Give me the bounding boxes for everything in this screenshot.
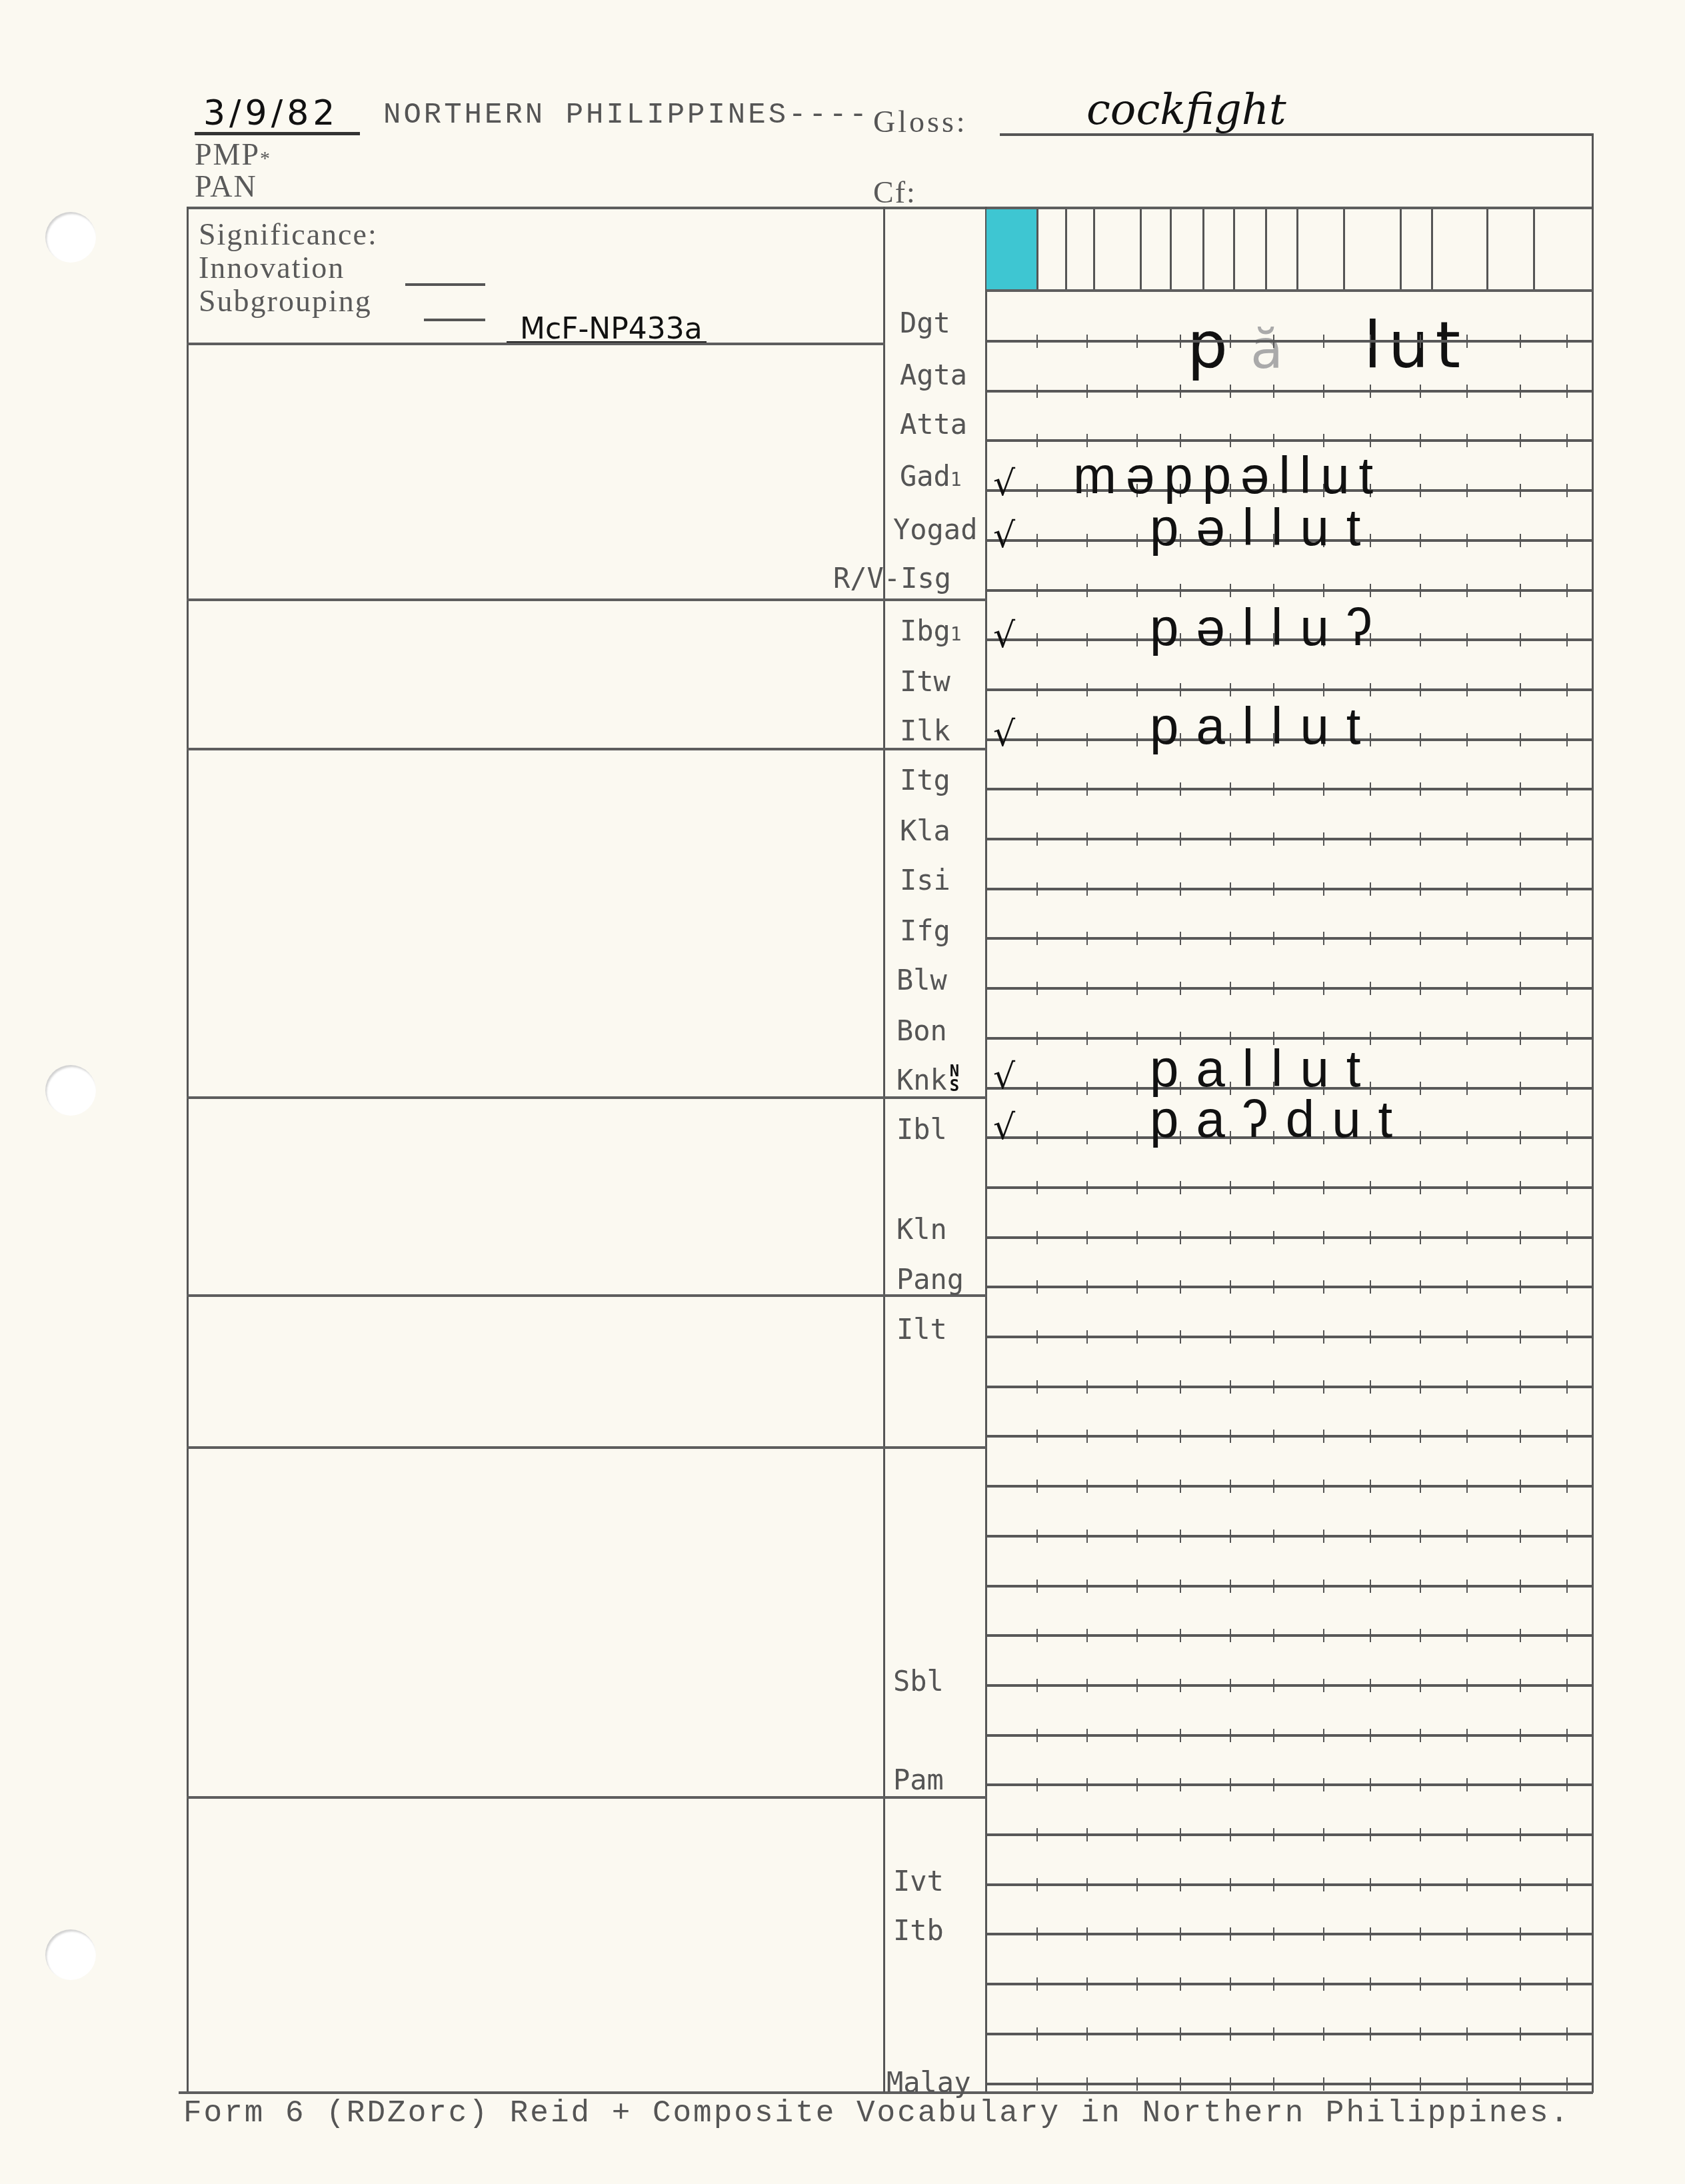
grid-tick — [1566, 832, 1568, 846]
grid-tick — [1230, 1530, 1231, 1543]
pmp-label: PMP* — [195, 137, 271, 172]
grid-tick — [1566, 584, 1568, 597]
grid-line — [986, 788, 1593, 790]
grid-tick — [1520, 932, 1521, 945]
cell-divider — [1036, 209, 1038, 291]
grid-tick — [1136, 832, 1138, 846]
grid-tick — [1370, 1878, 1371, 1891]
lang-gad-sub: 1 — [950, 469, 962, 491]
grid-tick — [1520, 1679, 1521, 1692]
grid-tick — [1323, 1778, 1324, 1791]
innovation-label: Innovation — [199, 250, 345, 285]
grid-tick — [1370, 932, 1371, 945]
grid-tick — [1420, 335, 1421, 348]
grid-tick — [1136, 1580, 1138, 1593]
subgrouping-label: Subgrouping — [199, 283, 372, 319]
grid-tick — [1136, 1828, 1138, 1841]
grid-tick — [1566, 683, 1568, 696]
grid-tick — [1036, 1927, 1038, 1941]
grid-tick — [1420, 1679, 1421, 1692]
grid-tick — [1180, 385, 1181, 398]
form-yogad: pəllut — [1150, 497, 1378, 558]
grid-tick — [1323, 1181, 1324, 1194]
grid-tick — [1086, 1729, 1088, 1742]
grid-tick — [1273, 1977, 1274, 1991]
lang-kla: Kla — [900, 814, 950, 847]
lang-knk-ns: NS — [950, 1064, 959, 1093]
grid-tick — [1566, 1380, 1568, 1394]
grid-tick — [1230, 1430, 1231, 1443]
grid-tick — [1086, 1032, 1088, 1045]
grid-tick — [1420, 982, 1421, 995]
lang-bon: Bon — [896, 1014, 947, 1047]
grid-tick — [1136, 1181, 1138, 1194]
lang-yogad: Yogad — [893, 513, 977, 546]
grid-tick — [1566, 882, 1568, 896]
lang-ifg: Ifg — [900, 914, 950, 947]
grid-tick — [1420, 1977, 1421, 1991]
grid-tick — [1230, 2027, 1231, 2041]
form-ibg: pəlluʔ — [1150, 597, 1390, 658]
cell-divider — [1533, 209, 1535, 291]
grid-tick — [1420, 683, 1421, 696]
lang-ibl: Ibl — [896, 1113, 947, 1146]
grid-tick — [1036, 1878, 1038, 1891]
grid-tick — [1230, 1231, 1231, 1244]
grid-tick — [1466, 1580, 1468, 1593]
grid-tick — [1520, 1430, 1521, 1443]
grid-tick — [1466, 1280, 1468, 1294]
grid-tick — [1466, 882, 1468, 896]
grid-tick — [1323, 1231, 1324, 1244]
grid-tick — [1086, 1878, 1088, 1891]
grid-tick — [1370, 1977, 1371, 1991]
grid-tick — [1273, 584, 1274, 597]
grid-tick — [1323, 932, 1324, 945]
recon-lut: lut — [1364, 308, 1467, 383]
grid-tick — [1370, 1181, 1371, 1194]
grid-tick — [1136, 1679, 1138, 1692]
grid-tick — [1566, 434, 1568, 447]
grid-tick — [1086, 932, 1088, 945]
grid-line — [986, 1286, 1593, 1288]
grid-tick — [1273, 1927, 1274, 1941]
grid-line — [986, 439, 1593, 442]
date-underline — [195, 132, 360, 135]
grid-tick — [1086, 882, 1088, 896]
grid-tick — [1420, 2077, 1421, 2091]
grid-tick — [1136, 1878, 1138, 1891]
grid-tick — [1036, 932, 1038, 945]
grid-tick — [1466, 1430, 1468, 1443]
lang-gad-text: Gad — [900, 460, 950, 493]
form-ilk: pallut — [1150, 696, 1378, 756]
grid-tick — [1520, 832, 1521, 846]
grid-tick — [1566, 1181, 1568, 1194]
grid-tick — [1230, 1878, 1231, 1891]
grid-line — [986, 1386, 1593, 1388]
grid-tick — [1180, 1231, 1181, 1244]
grid-tick — [1036, 1828, 1038, 1841]
grid-tick — [1230, 1828, 1231, 1841]
grid-tick — [1520, 1330, 1521, 1344]
grid-tick — [1420, 1330, 1421, 1344]
grid-tick — [1230, 1580, 1231, 1593]
grid-tick — [1086, 1828, 1088, 1841]
grid-tick — [1273, 335, 1274, 348]
grid-tick — [1520, 1977, 1521, 1991]
grid-tick — [1230, 832, 1231, 846]
grid-tick — [1466, 1530, 1468, 1543]
entry-ilk: √ pallut — [993, 710, 1586, 757]
grid-tick — [1086, 1231, 1088, 1244]
grid-tick — [1036, 1679, 1038, 1692]
grid-tick — [1370, 683, 1371, 696]
grid-tick — [1180, 932, 1181, 945]
grid-line — [986, 1883, 1593, 1886]
grid-tick — [1370, 1629, 1371, 1642]
grid-tick — [1420, 882, 1421, 896]
check-yogad: √ — [993, 516, 1015, 556]
grid-tick — [1230, 1480, 1231, 1493]
recon-a-breve: ă — [1250, 318, 1364, 380]
grid-line — [986, 1983, 1593, 1985]
grid-tick — [1520, 2077, 1521, 2091]
grid-tick — [1566, 1729, 1568, 1742]
lang-ibg: Ibg1 — [900, 614, 962, 647]
grid-tick — [1520, 1380, 1521, 1394]
grid-tick — [1230, 782, 1231, 796]
grid-tick — [1566, 1330, 1568, 1344]
grid-tick — [1180, 1828, 1181, 1841]
grid-tick — [1230, 584, 1231, 597]
grid-tick — [1323, 782, 1324, 796]
grid-tick — [1230, 1280, 1231, 1294]
grid-tick — [1420, 1280, 1421, 1294]
grid-tick — [1323, 1480, 1324, 1493]
grid-tick — [1466, 1629, 1468, 1642]
grid-tick — [1323, 683, 1324, 696]
grid-line — [986, 1485, 1593, 1488]
grid-tick — [1420, 1032, 1421, 1045]
grid-line — [986, 1684, 1593, 1687]
grid-tick — [1420, 1530, 1421, 1543]
grid-tick — [1466, 584, 1468, 597]
section-divider-1 — [187, 343, 885, 345]
grid-tick — [1420, 932, 1421, 945]
grid-tick — [1180, 1679, 1181, 1692]
grid-tick — [1086, 1580, 1088, 1593]
grid-tick — [1230, 1729, 1231, 1742]
grid-tick — [1466, 1927, 1468, 1941]
grid-line — [986, 1734, 1593, 1737]
grid-tick — [1420, 1729, 1421, 1742]
grid-tick — [1036, 1977, 1038, 1991]
section-divider-6 — [187, 1446, 986, 1449]
grid-line — [986, 1236, 1593, 1239]
entry-ibg: √ pəlluʔ — [993, 612, 1586, 658]
reconstruction-form: pălut — [1141, 233, 1467, 383]
grid-tick — [1273, 1878, 1274, 1891]
grid-tick — [1086, 683, 1088, 696]
grid-tick — [1370, 1430, 1371, 1443]
grid-tick — [1466, 1032, 1468, 1045]
lang-atta: Atta — [900, 408, 967, 441]
grid-tick — [1420, 832, 1421, 846]
grid-tick — [1370, 782, 1371, 796]
check-ibl: √ — [993, 1108, 1015, 1148]
grid-tick — [1370, 1679, 1371, 1692]
lang-dgt: Dgt — [900, 307, 950, 339]
grid-tick — [1466, 1181, 1468, 1194]
grid-tick — [1466, 1729, 1468, 1742]
grid-tick — [1520, 1032, 1521, 1045]
grid-tick — [1036, 832, 1038, 846]
grid-tick — [1466, 1480, 1468, 1493]
grid-tick — [1086, 1380, 1088, 1394]
grid-tick — [1036, 584, 1038, 597]
grid-tick — [1323, 1828, 1324, 1841]
cf-label: Cf: — [873, 175, 916, 210]
grid-tick — [1566, 1530, 1568, 1543]
grid-tick — [1520, 1878, 1521, 1891]
grid-tick — [1520, 584, 1521, 597]
grid-tick — [1566, 1778, 1568, 1791]
grid-tick — [1420, 1580, 1421, 1593]
grid-tick — [1136, 1330, 1138, 1344]
grid-tick — [1273, 1480, 1274, 1493]
grid-tick — [1230, 1927, 1231, 1941]
grid-tick — [1323, 1330, 1324, 1344]
grid-tick — [1323, 1977, 1324, 1991]
lang-itw: Itw — [900, 665, 950, 698]
grid-tick — [1086, 1778, 1088, 1791]
grid-line — [986, 987, 1593, 990]
grid-tick — [1136, 1729, 1138, 1742]
grid-tick — [1180, 1977, 1181, 1991]
grid-tick — [1136, 335, 1138, 348]
grid-tick — [1370, 584, 1371, 597]
grid-line — [986, 589, 1593, 592]
grid-tick — [1520, 1280, 1521, 1294]
grid-tick — [1466, 1878, 1468, 1891]
grid-tick — [1566, 1828, 1568, 1841]
grid-tick — [1180, 1927, 1181, 1941]
grid-line — [986, 1186, 1593, 1189]
grid-tick — [1036, 1181, 1038, 1194]
lang-gad: Gad1 — [900, 460, 962, 493]
form-ibl: paʔdut — [1150, 1089, 1410, 1150]
grid-tick — [1036, 1330, 1038, 1344]
grid-tick — [1566, 1480, 1568, 1493]
check-ibg: √ — [993, 616, 1015, 656]
grid-tick — [1136, 882, 1138, 896]
grid-tick — [1273, 1330, 1274, 1344]
grid-tick — [1086, 1679, 1088, 1692]
grid-tick — [1136, 683, 1138, 696]
grid-tick — [1420, 385, 1421, 398]
grid-tick — [1520, 1729, 1521, 1742]
lang-ibg-text: Ibg — [900, 614, 950, 647]
pmp-text: PMP — [195, 137, 260, 171]
grid-tick — [1323, 584, 1324, 597]
grid-tick — [1370, 2027, 1371, 2041]
grid-tick — [1520, 1927, 1521, 1941]
grid-tick — [1323, 2077, 1324, 2091]
grid-tick — [1323, 2027, 1324, 2041]
grid-tick — [1036, 882, 1038, 896]
grid-tick — [1086, 1927, 1088, 1941]
grid-tick — [1086, 782, 1088, 796]
gloss-value: cockfight — [1086, 85, 1286, 135]
grid-tick — [1086, 2077, 1088, 2091]
grid-tick — [1420, 434, 1421, 447]
grid-tick — [1273, 1530, 1274, 1543]
grid-tick — [1230, 932, 1231, 945]
grid-tick — [1566, 2027, 1568, 2041]
grid-tick — [1036, 1729, 1038, 1742]
lang-knk: KnkNS — [896, 1064, 959, 1096]
grid-tick — [1180, 1530, 1181, 1543]
grid-tick — [1520, 1629, 1521, 1642]
grid-tick — [1180, 1330, 1181, 1344]
grid-tick — [1230, 1330, 1231, 1344]
lang-ilt: Ilt — [896, 1313, 947, 1346]
grid-tick — [1230, 982, 1231, 995]
section-divider-2 — [187, 598, 986, 601]
grid-tick — [1520, 1580, 1521, 1593]
lang-isg: R/V-Isg — [833, 562, 951, 594]
label-column-left — [883, 207, 885, 2093]
grid-tick — [1370, 1828, 1371, 1841]
grid-tick — [1230, 1679, 1231, 1692]
grid-line — [986, 1833, 1593, 1836]
grid-tick — [1230, 683, 1231, 696]
grid-tick — [1036, 1580, 1038, 1593]
grid-tick — [1566, 1927, 1568, 1941]
grid-tick — [1086, 1430, 1088, 1443]
grid-tick — [1420, 584, 1421, 597]
grid-tick — [1323, 1729, 1324, 1742]
grid-tick — [1273, 1380, 1274, 1394]
grid-tick — [1370, 1231, 1371, 1244]
grid-tick — [1420, 1927, 1421, 1941]
lang-malay: Malay — [886, 2066, 970, 2099]
grid-tick — [1466, 1231, 1468, 1244]
check-gad: √ — [993, 464, 1015, 504]
grid-line — [986, 888, 1593, 890]
grid-tick — [1466, 1977, 1468, 1991]
grid-line — [986, 838, 1593, 840]
grid-tick — [1086, 832, 1088, 846]
grid-tick — [1036, 782, 1038, 796]
grid-line — [986, 390, 1593, 393]
check-ilk: √ — [993, 714, 1015, 754]
grid-tick — [1323, 1629, 1324, 1642]
grid-tick — [1370, 832, 1371, 846]
grid-tick — [1086, 1977, 1088, 1991]
section-divider-3 — [187, 748, 986, 750]
grid-tick — [1520, 1828, 1521, 1841]
grid-tick — [1273, 1729, 1274, 1742]
grid-line — [986, 937, 1593, 940]
cell-divider — [1486, 209, 1488, 291]
grid-tick — [1323, 335, 1324, 348]
grid-tick — [1420, 2027, 1421, 2041]
grid-tick — [1136, 982, 1138, 995]
grid-tick — [1136, 1231, 1138, 1244]
grid-tick — [1466, 932, 1468, 945]
grid-tick — [1420, 1231, 1421, 1244]
grid-tick — [1136, 1380, 1138, 1394]
grid-tick — [1466, 782, 1468, 796]
grid-tick — [1323, 1380, 1324, 1394]
knk-south: S — [950, 1076, 959, 1095]
grid-tick — [1180, 882, 1181, 896]
grid-tick — [1230, 2077, 1231, 2091]
grid-tick — [1136, 1530, 1138, 1543]
grid-tick — [1136, 1280, 1138, 1294]
grid-tick — [1180, 782, 1181, 796]
lang-agta: Agta — [900, 359, 967, 391]
grid-tick — [1566, 2077, 1568, 2091]
grid-tick — [1273, 1580, 1274, 1593]
grid-tick — [1566, 1430, 1568, 1443]
grid-tick — [1180, 1629, 1181, 1642]
grid-tick — [1466, 434, 1468, 447]
grid-tick — [1136, 584, 1138, 597]
grid-line — [986, 340, 1593, 343]
grid-tick — [1273, 1280, 1274, 1294]
grid-tick — [1180, 1729, 1181, 1742]
highlight-cell — [986, 209, 1036, 291]
grid-tick — [1520, 683, 1521, 696]
grid-tick — [1136, 1629, 1138, 1642]
grid-tick — [1323, 1430, 1324, 1443]
grid-tick — [1180, 683, 1181, 696]
grid-tick — [1273, 1679, 1274, 1692]
grid-tick — [1466, 2027, 1468, 2041]
grid-tick — [1370, 1280, 1371, 1294]
grid-tick — [1036, 2027, 1038, 2041]
grid-tick — [1230, 882, 1231, 896]
frame-bottom — [179, 2091, 1593, 2094]
grid-tick — [1136, 2077, 1138, 2091]
lang-blw: Blw — [896, 964, 947, 996]
grid-tick — [1420, 1878, 1421, 1891]
grid-tick — [1036, 335, 1038, 348]
lang-knk-text: Knk — [896, 1064, 947, 1096]
frame-left — [187, 207, 189, 2093]
lang-kln: Kln — [896, 1213, 947, 1246]
grid-tick — [1180, 1430, 1181, 1443]
grid-tick — [1136, 932, 1138, 945]
grid-line — [986, 2033, 1593, 2035]
grid-tick — [1370, 882, 1371, 896]
grid-tick — [1566, 1878, 1568, 1891]
grid-tick — [1323, 1927, 1324, 1941]
lang-pam: Pam — [893, 1763, 944, 1796]
cell-divider — [1093, 209, 1095, 291]
gloss-label: Gloss: — [873, 104, 968, 139]
grid-tick — [1086, 1629, 1088, 1642]
grid-tick — [1180, 1181, 1181, 1194]
grid-tick — [1323, 1530, 1324, 1543]
grid-tick — [1136, 1480, 1138, 1493]
lang-itg: Itg — [900, 764, 950, 796]
grid-tick — [1036, 1430, 1038, 1443]
grid-tick — [1566, 1032, 1568, 1045]
